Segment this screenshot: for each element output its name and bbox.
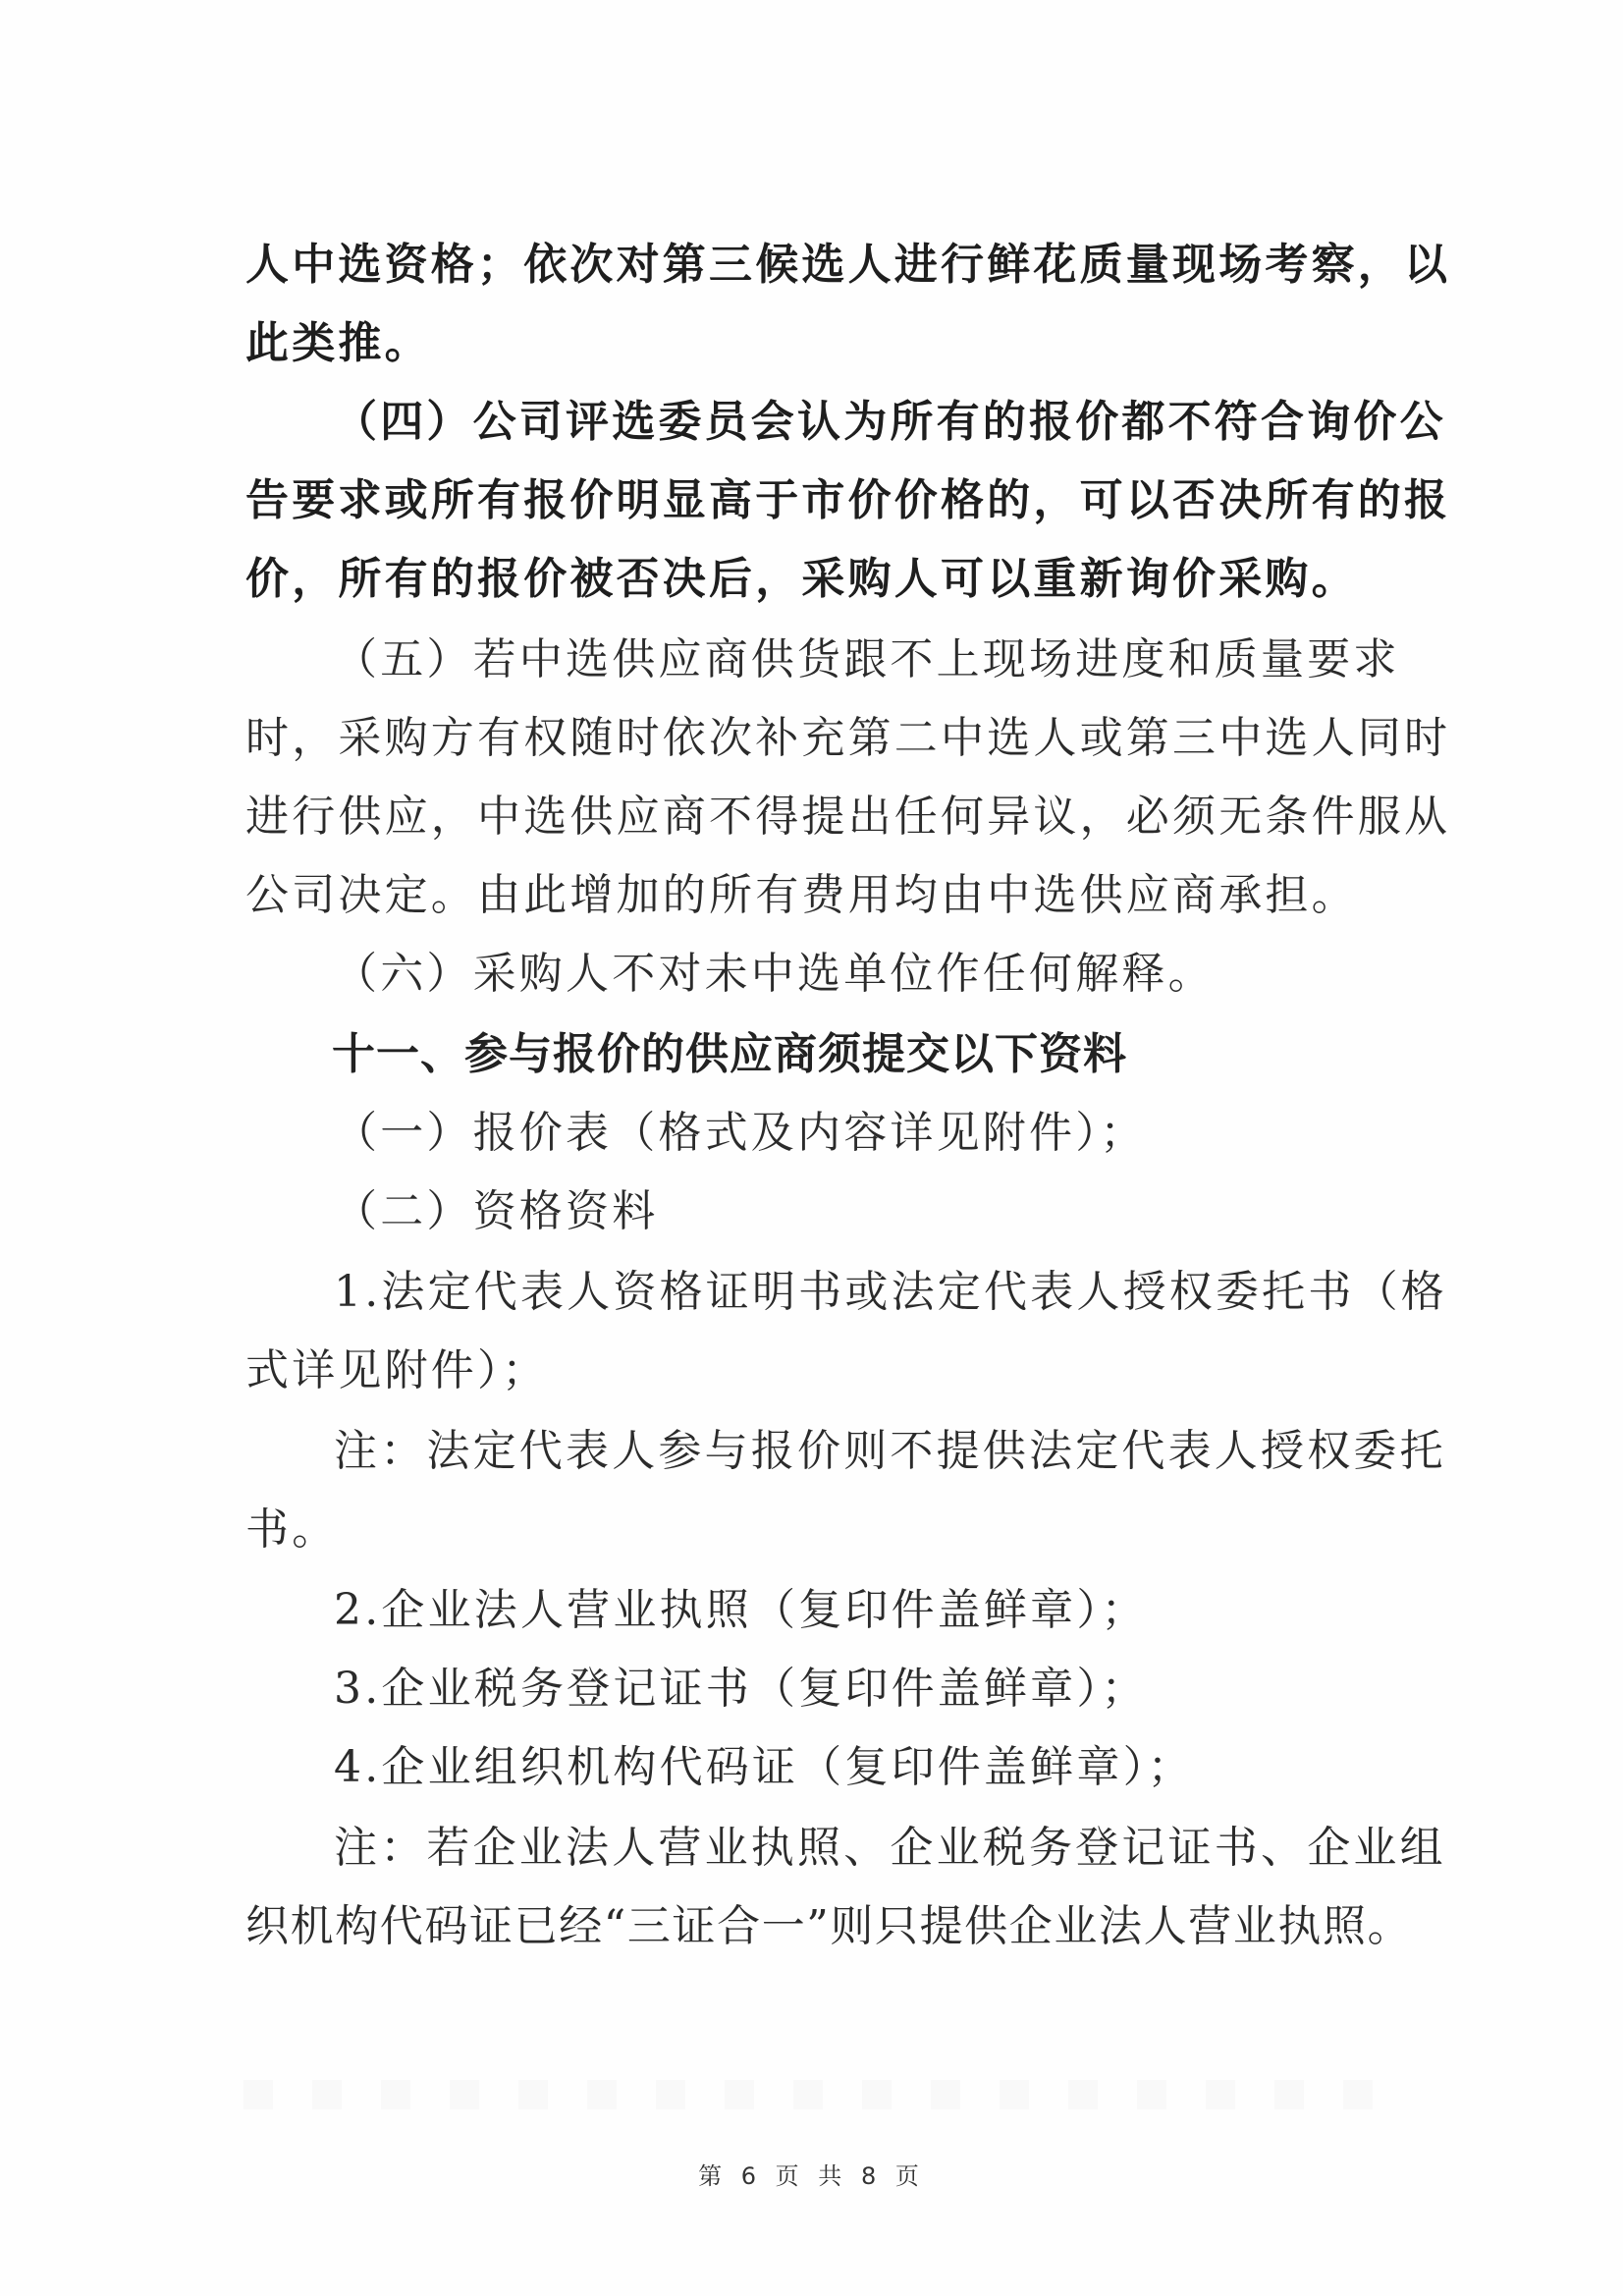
paragraph-line: （四）公司评选委员会认为所有的报价都不符合询价公 <box>334 395 1463 450</box>
list-item: 3.企业税务登记证书（复印件盖鲜章）； <box>334 1662 1463 1717</box>
list-item: 式详见附件）； <box>245 1343 1375 1398</box>
note-line: 织机构代码证已经“三证合一”则只提供企业法人营业执照。 <box>245 1899 1375 1954</box>
paragraph-line: 此类推。 <box>245 316 1375 371</box>
list-item: （一）报价表（格式及内容详见附件）； <box>334 1106 1463 1161</box>
paragraph-line: 时，采购方有权随时依次补充第二中选人或第三中选人同时 <box>245 711 1375 766</box>
list-item: （二）资格资料 <box>334 1184 1463 1239</box>
paragraph-line: 人中选资格；依次对第三候选人进行鲜花质量现场考察，以 <box>245 238 1375 293</box>
document-page: 人中选资格；依次对第三候选人进行鲜花质量现场考察，以 此类推。 （四）公司评选委… <box>0 0 1623 2296</box>
paragraph-line: 告要求或所有报价明显高于市价价格的，可以否决所有的报 <box>245 473 1375 528</box>
paragraph-line: 价，所有的报价被否决后，采购人可以重新询价采购。 <box>245 552 1375 607</box>
page-number: 第 6 页 共 8 页 <box>0 2157 1623 2191</box>
note-line: 注：法定代表人参与报价则不提供法定代表人授权委托 <box>334 1424 1463 1479</box>
section-heading: 十一、参与报价的供应商须提交以下资料 <box>332 1027 1461 1082</box>
paragraph-line: 进行供应，中选供应商不得提出任何异议，必须无条件服从 <box>245 790 1375 845</box>
scan-bleedthrough <box>243 2080 1373 2109</box>
paragraph-line: 公司决定。由此增加的所有费用均由中选供应商承担。 <box>245 868 1375 923</box>
note-line: 注：若企业法人营业执照、企业税务登记证书、企业组 <box>334 1821 1463 1876</box>
paragraph-line: （六）采购人不对未中选单位作任何解释。 <box>334 947 1463 1002</box>
note-line: 书。 <box>245 1503 1375 1558</box>
list-item: 2.企业法人营业执照（复印件盖鲜章）； <box>334 1583 1463 1638</box>
list-item: 1.法定代表人资格证明书或法定代表人授权委托书（格 <box>334 1265 1463 1320</box>
list-item: 4.企业组织机构代码证（复印件盖鲜章）； <box>334 1740 1463 1795</box>
paragraph-line: （五）若中选供应商供货跟不上现场进度和质量要求 <box>334 632 1463 687</box>
